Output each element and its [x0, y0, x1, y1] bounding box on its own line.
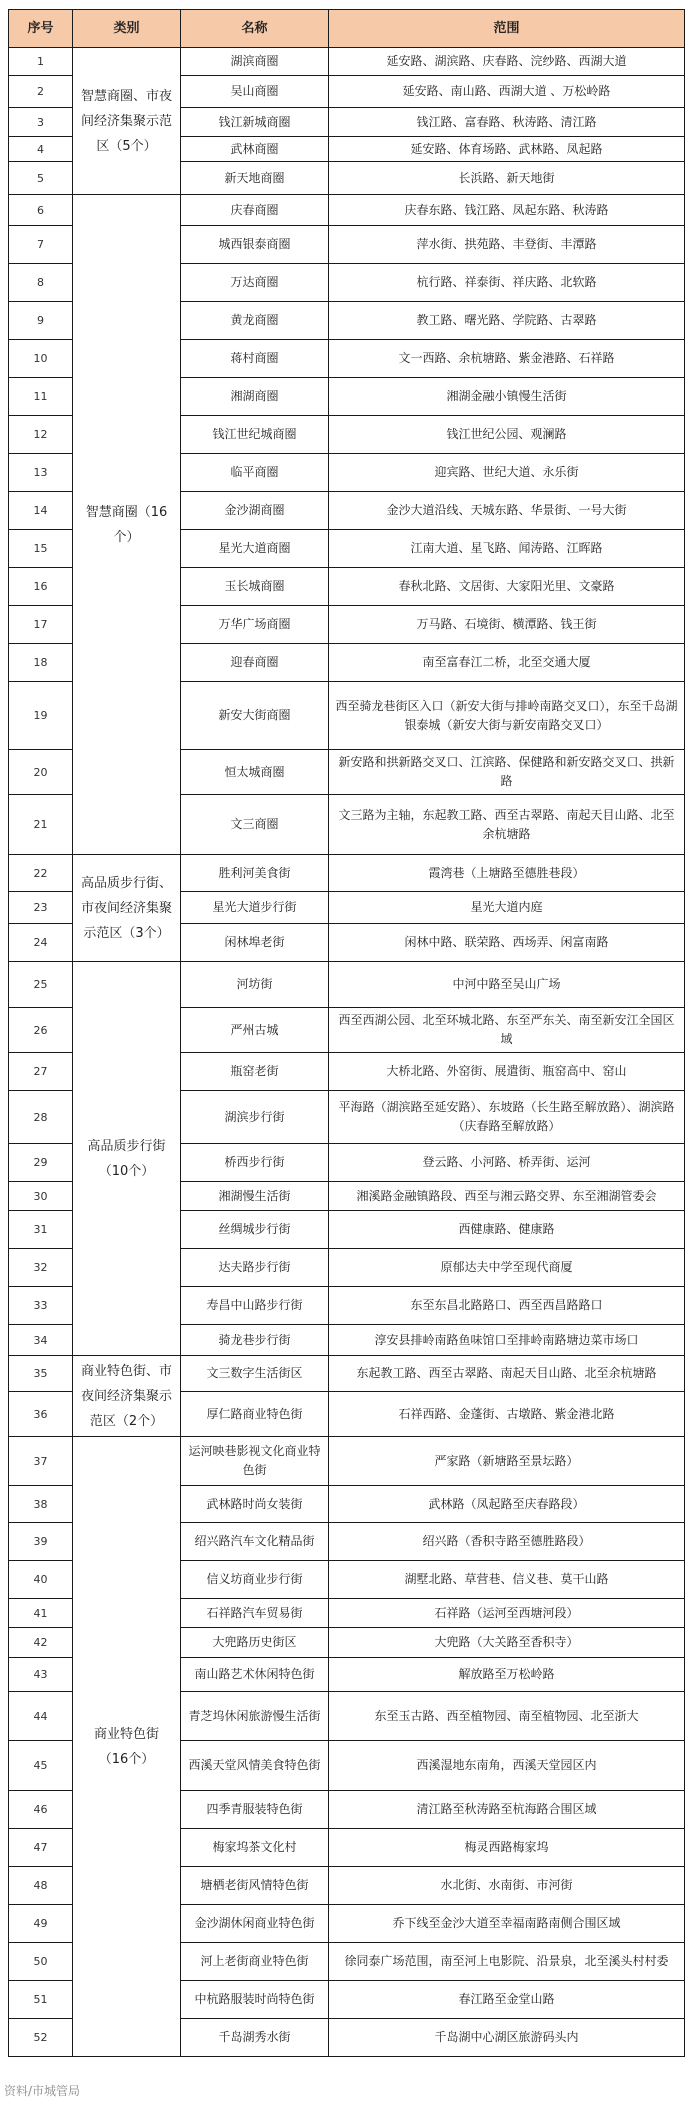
row-name: 玉长城商圈: [181, 568, 329, 606]
row-seq: 28: [9, 1091, 73, 1144]
row-range: 春江路至金堂山路: [329, 1981, 685, 2019]
row-seq: 51: [9, 1981, 73, 2019]
row-seq: 44: [9, 1692, 73, 1741]
row-seq: 46: [9, 1791, 73, 1829]
row-range: 钱江世纪公园、观澜路: [329, 416, 685, 454]
row-seq: 7: [9, 226, 73, 264]
row-name: 新安大街商圈: [181, 682, 329, 750]
row-name: 万达商圈: [181, 264, 329, 302]
row-seq: 17: [9, 606, 73, 644]
row-name: 临平商圈: [181, 454, 329, 492]
row-range: 登云路、小河路、桥弄街、运河: [329, 1144, 685, 1182]
row-name: 桥西步行街: [181, 1144, 329, 1182]
row-name: 西溪天堂风情美食特色街: [181, 1741, 329, 1791]
row-name: 星光大道商圈: [181, 530, 329, 568]
row-seq: 34: [9, 1325, 73, 1356]
row-name: 黄龙商圈: [181, 302, 329, 340]
row-name: 文三商圈: [181, 795, 329, 855]
row-seq: 26: [9, 1008, 73, 1053]
business-district-table: 序号 类别 名称 范围 1智慧商圈、市夜间经济集聚示范区（5个）湖滨商圈延安路、…: [8, 9, 685, 2057]
row-range: 解放路至万松岭路: [329, 1658, 685, 1692]
table-row: 37商业特色街（16个）运河映巷影视文化商业特色街严家路（新塘路至景坛路）: [9, 1437, 685, 1486]
row-seq: 31: [9, 1211, 73, 1249]
row-range: 江南大道、星飞路、闻涛路、江晖路: [329, 530, 685, 568]
row-seq: 22: [9, 855, 73, 892]
row-name: 吴山商圈: [181, 76, 329, 108]
row-seq: 8: [9, 264, 73, 302]
table-row: 6智慧商圈（16个）庆春商圈庆春东路、钱江路、凤起东路、秋涛路: [9, 195, 685, 226]
row-seq: 29: [9, 1144, 73, 1182]
row-name: 钱江世纪城商圈: [181, 416, 329, 454]
row-range: 教工路、曙光路、学院路、古翠路: [329, 302, 685, 340]
table-row: 35商业特色街、市夜间经济集聚示范区（2个）文三数字生活街区东起教工路、西至古翠…: [9, 1356, 685, 1392]
row-range: 平海路（湖滨路至延安路）、东坡路（长生路至解放路）、湖滨路（庆春路至解放路）: [329, 1091, 685, 1144]
row-name: 厚仁路商业特色街: [181, 1392, 329, 1437]
row-name: 武林商圈: [181, 137, 329, 162]
row-name: 武林路时尚女装街: [181, 1486, 329, 1523]
row-seq: 19: [9, 682, 73, 750]
row-seq: 33: [9, 1287, 73, 1325]
row-seq: 15: [9, 530, 73, 568]
row-seq: 16: [9, 568, 73, 606]
row-name: 庆春商圈: [181, 195, 329, 226]
row-range: 东起教工路、西至古翠路、南起天目山路、北至余杭塘路: [329, 1356, 685, 1392]
row-name: 湘湖商圈: [181, 378, 329, 416]
row-range: 淳安县排岭南路鱼味馆口至排岭南路塘边菜市场口: [329, 1325, 685, 1356]
row-range: 西至骑龙巷街区入口（新安大街与排岭南路交叉口），东至千岛湖银泰城（新安大街与新安…: [329, 682, 685, 750]
row-seq: 42: [9, 1628, 73, 1658]
row-range: 钱江路、富春路、秋涛路、清江路: [329, 108, 685, 137]
row-range: 新安路和拱新路交叉口、江滨路、保健路和新安路交叉口、拱新路: [329, 750, 685, 795]
row-name: 千岛湖秀水街: [181, 2019, 329, 2057]
row-name: 闲林埠老街: [181, 924, 329, 962]
row-name: 万华广场商圈: [181, 606, 329, 644]
row-range: 延安路、体育场路、武林路、凤起路: [329, 137, 685, 162]
row-seq: 48: [9, 1867, 73, 1905]
row-range: 湘湖金融小镇慢生活街: [329, 378, 685, 416]
row-seq: 50: [9, 1943, 73, 1981]
table-header-row: 序号 类别 名称 范围: [9, 10, 685, 48]
header-category: 类别: [73, 10, 181, 48]
row-seq: 20: [9, 750, 73, 795]
row-range: 千岛湖中心湖区旅游码头内: [329, 2019, 685, 2057]
table-row: 22高品质步行街、市夜间经济集聚示范区（3个）胜利河美食街霞湾巷（上塘路至德胜巷…: [9, 855, 685, 892]
row-seq: 12: [9, 416, 73, 454]
row-name: 青芝坞休闲旅游慢生活街: [181, 1692, 329, 1741]
row-range: 大兜路（大关路至香积寺）: [329, 1628, 685, 1658]
row-range: 迎宾路、世纪大道、永乐街: [329, 454, 685, 492]
row-category: 高品质步行街、市夜间经济集聚示范区（3个）: [73, 855, 181, 962]
row-range: 西健康路、健康路: [329, 1211, 685, 1249]
row-category: 商业特色街（16个）: [73, 1437, 181, 2057]
row-range: 湖墅北路、草营巷、信义巷、莫干山路: [329, 1561, 685, 1599]
row-category: 商业特色街、市夜间经济集聚示范区（2个）: [73, 1356, 181, 1437]
row-range: 文三路为主轴，东起教工路、西至古翠路、南起天目山路、北至余杭塘路: [329, 795, 685, 855]
row-range: 霞湾巷（上塘路至德胜巷段）: [329, 855, 685, 892]
header-name: 名称: [181, 10, 329, 48]
row-seq: 24: [9, 924, 73, 962]
row-range: 武林路（凤起路至庆春路段）: [329, 1486, 685, 1523]
row-seq: 40: [9, 1561, 73, 1599]
row-seq: 52: [9, 2019, 73, 2057]
row-range: 春秋北路、文居街、大家阳光里、文豪路: [329, 568, 685, 606]
header-range: 范围: [329, 10, 685, 48]
row-range: 大桥北路、外窑街、展遣街、瓶窑高中、窑山: [329, 1053, 685, 1091]
row-name: 金沙湖商圈: [181, 492, 329, 530]
row-category: 智慧商圈（16个）: [73, 195, 181, 855]
row-range: 长浜路、新天地街: [329, 162, 685, 195]
row-seq: 27: [9, 1053, 73, 1091]
row-seq: 36: [9, 1392, 73, 1437]
row-range: 东至玉古路、西至植物园、南至植物园、北至浙大: [329, 1692, 685, 1741]
row-range: 绍兴路（香积寺路至德胜路段）: [329, 1523, 685, 1561]
row-category: 智慧商圈、市夜间经济集聚示范区（5个）: [73, 48, 181, 195]
row-seq: 14: [9, 492, 73, 530]
row-name: 大兜路历史街区: [181, 1628, 329, 1658]
row-range: 文一西路、余杭塘路、紫金港路、石祥路: [329, 340, 685, 378]
row-seq: 4: [9, 137, 73, 162]
row-range: 原郁达夫中学至现代商厦: [329, 1249, 685, 1287]
row-name: 城西银泰商圈: [181, 226, 329, 264]
row-seq: 3: [9, 108, 73, 137]
row-range: 杭行路、祥泰街、祥庆路、北软路: [329, 264, 685, 302]
row-seq: 38: [9, 1486, 73, 1523]
row-range: 石祥西路、金蓬街、古墩路、紫金港北路: [329, 1392, 685, 1437]
row-range: 万马路、石境街、横潭路、钱王街: [329, 606, 685, 644]
row-seq: 21: [9, 795, 73, 855]
row-seq: 9: [9, 302, 73, 340]
row-seq: 1: [9, 48, 73, 76]
row-range: 水北街、水南街、市河街: [329, 1867, 685, 1905]
row-seq: 5: [9, 162, 73, 195]
row-name: 星光大道步行街: [181, 892, 329, 924]
row-range: 东至东昌北路路口、西至西昌路路口: [329, 1287, 685, 1325]
row-seq: 37: [9, 1437, 73, 1486]
row-range: 西至西湖公园、北至环城北路、东至严东关、南至新安江全国区域: [329, 1008, 685, 1053]
row-name: 湖滨商圈: [181, 48, 329, 76]
row-seq: 41: [9, 1599, 73, 1628]
row-name: 达夫路步行街: [181, 1249, 329, 1287]
row-name: 瓶窑老街: [181, 1053, 329, 1091]
row-name: 四季青服装特色街: [181, 1791, 329, 1829]
row-seq: 43: [9, 1658, 73, 1692]
source-note: 资料/市城管局: [4, 2082, 80, 2099]
row-name: 湘湖慢生活街: [181, 1182, 329, 1211]
row-seq: 49: [9, 1905, 73, 1943]
row-range: 清江路至秋涛路至杭海路合围区域: [329, 1791, 685, 1829]
row-seq: 13: [9, 454, 73, 492]
row-range: 徐同泰广场范围，南至河上电影院、沿景泉，北至溪头村村委: [329, 1943, 685, 1981]
row-seq: 32: [9, 1249, 73, 1287]
row-name: 金沙湖休闲商业特色街: [181, 1905, 329, 1943]
table-row: 1智慧商圈、市夜间经济集聚示范区（5个）湖滨商圈延安路、湖滨路、庆春路、浣纱路、…: [9, 48, 685, 76]
row-seq: 25: [9, 962, 73, 1008]
row-name: 梅家坞茶文化村: [181, 1829, 329, 1867]
row-name: 湖滨步行街: [181, 1091, 329, 1144]
row-range: 乔下线至金沙大道至幸福南路南侧合围区域: [329, 1905, 685, 1943]
row-range: 星光大道内庭: [329, 892, 685, 924]
row-name: 绍兴路汽车文化精品街: [181, 1523, 329, 1561]
row-name: 文三数字生活街区: [181, 1356, 329, 1392]
row-name: 骑龙巷步行街: [181, 1325, 329, 1356]
row-seq: 45: [9, 1741, 73, 1791]
row-name: 胜利河美食街: [181, 855, 329, 892]
table-body: 1智慧商圈、市夜间经济集聚示范区（5个）湖滨商圈延安路、湖滨路、庆春路、浣纱路、…: [9, 48, 685, 2057]
row-name: 石祥路汽车贸易街: [181, 1599, 329, 1628]
row-name: 迎春商圈: [181, 644, 329, 682]
row-seq: 18: [9, 644, 73, 682]
row-name: 运河映巷影视文化商业特色街: [181, 1437, 329, 1486]
row-name: 新天地商圈: [181, 162, 329, 195]
row-seq: 47: [9, 1829, 73, 1867]
row-range: 庆春东路、钱江路、凤起东路、秋涛路: [329, 195, 685, 226]
row-name: 塘栖老街风情特色街: [181, 1867, 329, 1905]
row-range: 萍水街、拱苑路、丰登街、丰潭路: [329, 226, 685, 264]
row-range: 南至富春江二桥，北至交通大厦: [329, 644, 685, 682]
row-name: 寿昌中山路步行街: [181, 1287, 329, 1325]
row-range: 延安路、南山路、西湖大道 、万松岭路: [329, 76, 685, 108]
table-container: 序号 类别 名称 范围 1智慧商圈、市夜间经济集聚示范区（5个）湖滨商圈延安路、…: [8, 9, 684, 2057]
row-name: 信义坊商业步行街: [181, 1561, 329, 1599]
row-range: 梅灵西路梅家坞: [329, 1829, 685, 1867]
row-name: 钱江新城商圈: [181, 108, 329, 137]
row-seq: 2: [9, 76, 73, 108]
row-name: 河上老街商业特色街: [181, 1943, 329, 1981]
row-seq: 23: [9, 892, 73, 924]
row-seq: 30: [9, 1182, 73, 1211]
row-seq: 10: [9, 340, 73, 378]
row-range: 严家路（新塘路至景坛路）: [329, 1437, 685, 1486]
row-name: 严州古城: [181, 1008, 329, 1053]
row-seq: 39: [9, 1523, 73, 1561]
table-row: 25高品质步行街（10个）河坊街中河中路至吴山广场: [9, 962, 685, 1008]
row-name: 河坊街: [181, 962, 329, 1008]
row-seq: 6: [9, 195, 73, 226]
row-seq: 35: [9, 1356, 73, 1392]
row-range: 湘溪路金融镇路段、西至与湘云路交界、东至湘湖管委会: [329, 1182, 685, 1211]
row-range: 延安路、湖滨路、庆春路、浣纱路、西湖大道: [329, 48, 685, 76]
row-range: 中河中路至吴山广场: [329, 962, 685, 1008]
row-name: 中杭路服装时尚特色街: [181, 1981, 329, 2019]
row-seq: 11: [9, 378, 73, 416]
row-name: 南山路艺术休闲特色街: [181, 1658, 329, 1692]
row-range: 西溪湿地东南角，西溪天堂园区内: [329, 1741, 685, 1791]
row-range: 金沙大道沿线、天城东路、华景街、一号大街: [329, 492, 685, 530]
header-seq: 序号: [9, 10, 73, 48]
row-name: 丝绸城步行街: [181, 1211, 329, 1249]
row-category: 高品质步行街（10个）: [73, 962, 181, 1356]
row-name: 蒋村商圈: [181, 340, 329, 378]
row-range: 石祥路（运河至西塘河段）: [329, 1599, 685, 1628]
row-range: 闲林中路、联荣路、西场弄、闲富南路: [329, 924, 685, 962]
row-name: 恒太城商圈: [181, 750, 329, 795]
